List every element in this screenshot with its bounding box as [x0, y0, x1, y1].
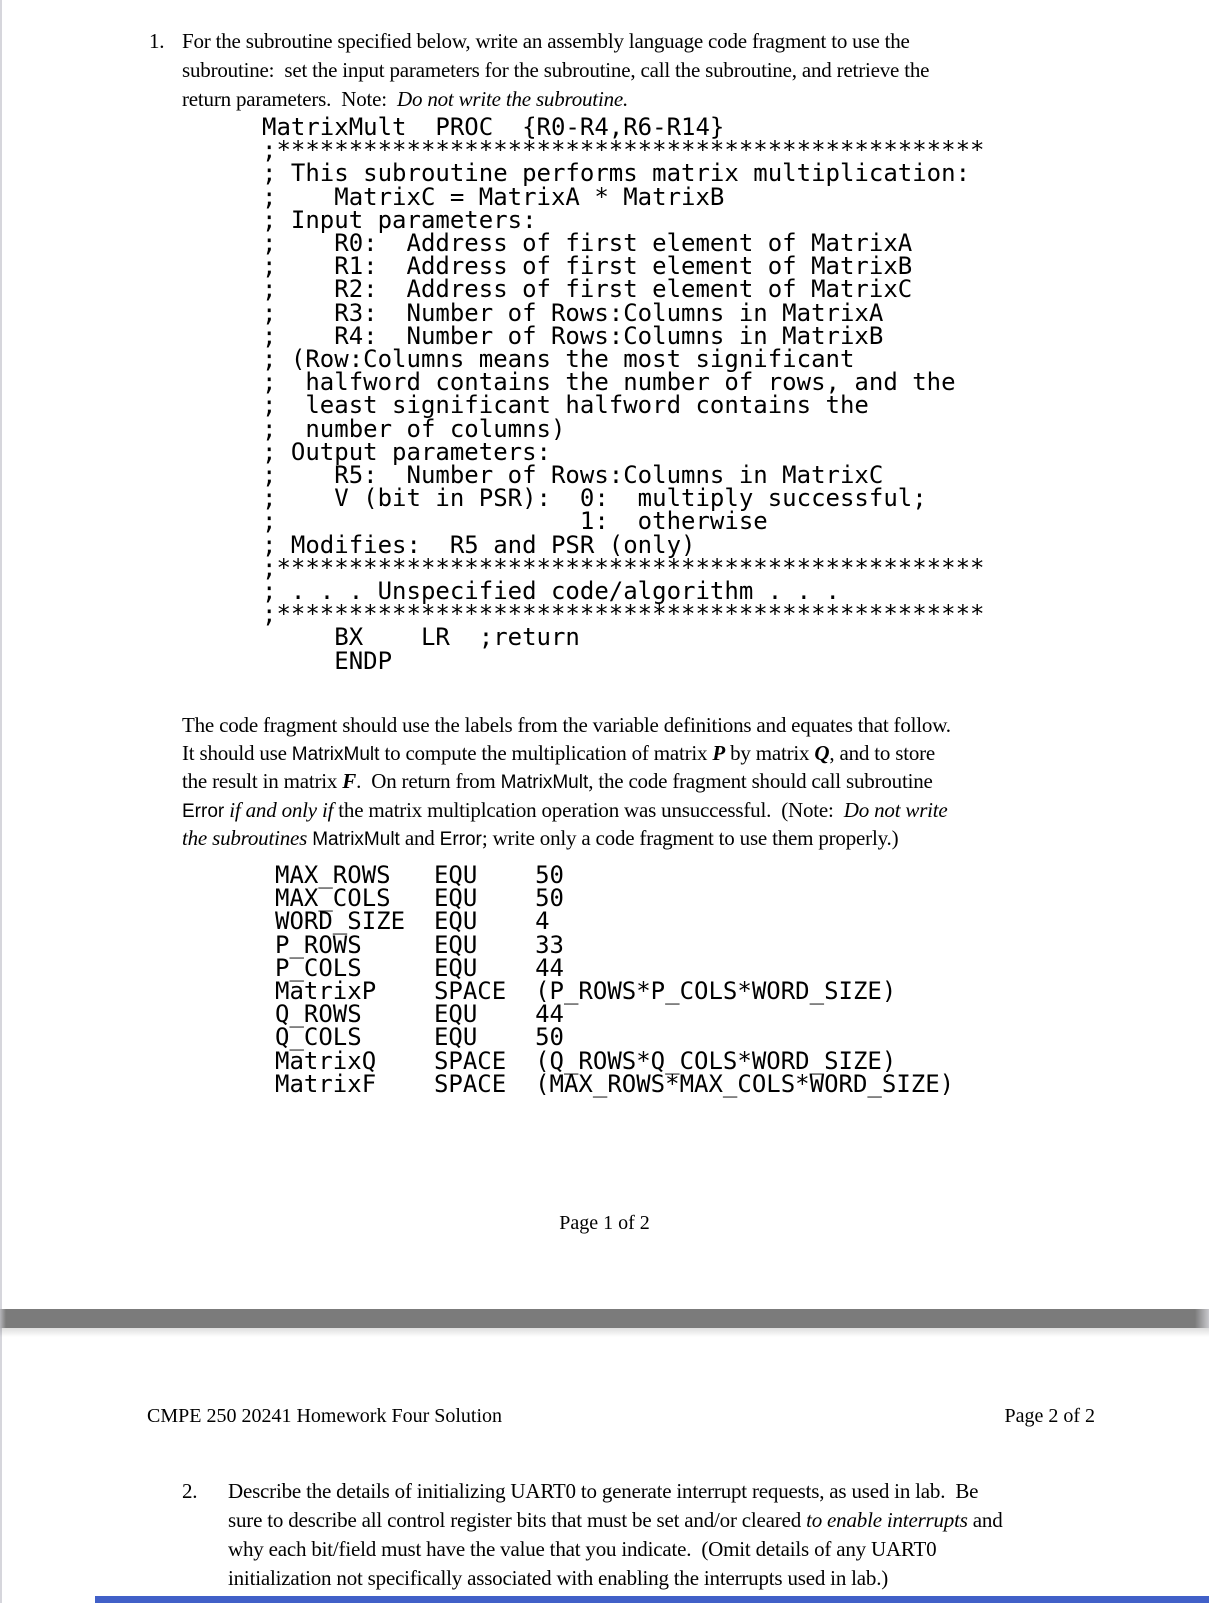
question-2-number: 2. — [182, 1477, 197, 1506]
page-1-footer-label: Page 1 of 2 — [0, 1212, 1209, 1235]
question-1-number: 1. — [149, 27, 164, 56]
usage-instructions-paragraph: The code fragment should use the labels … — [182, 712, 1095, 854]
page-2-header-row: CMPE 250 20241 Homework Four Solution Pa… — [147, 1404, 1095, 1428]
page-edge-line — [0, 0, 2, 1603]
course-title-label: CMPE 250 20241 Homework Four Solution — [147, 1404, 502, 1428]
document-page: 1. For the subroutine specified below, w… — [0, 0, 1209, 1603]
question-1: 1. For the subroutine specified below, w… — [182, 27, 1095, 114]
question-1-text: For the subroutine specified below, writ… — [182, 29, 929, 111]
question-2: 2. Describe the details of initializing … — [228, 1477, 1095, 1593]
page-divider-bar — [0, 1309, 1209, 1328]
page-2-label: Page 2 of 2 — [1004, 1404, 1095, 1428]
subroutine-spec-code: MatrixMult PROC {R0-R4,R6-R14} ;********… — [262, 116, 984, 673]
equates-definitions-code: MAX_ROWS EQU 50 MAX_COLS EQU 50 WORD_SIZ… — [275, 864, 954, 1096]
bottom-accent-bar — [95, 1596, 1209, 1603]
question-2-text: Describe the details of initializing UAR… — [228, 1479, 1003, 1590]
